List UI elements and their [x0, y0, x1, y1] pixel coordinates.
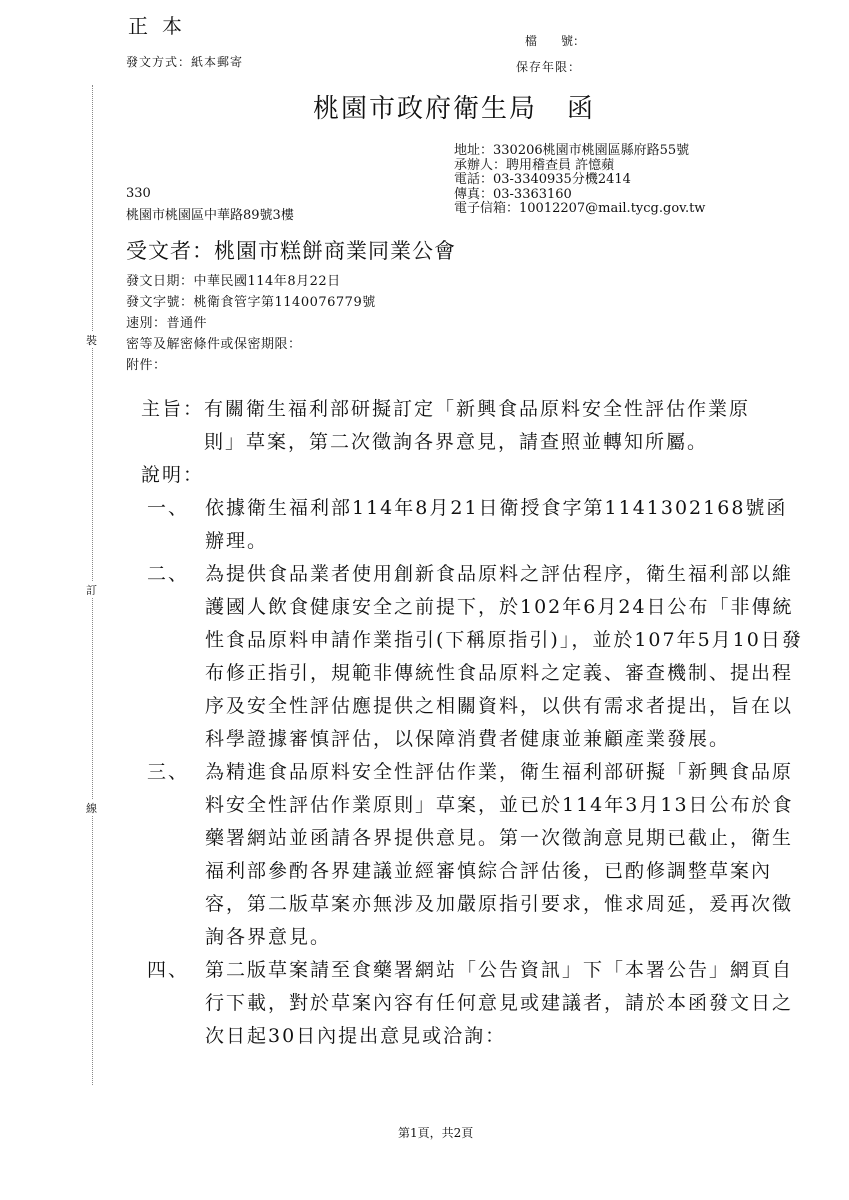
- copy-mark: 正本: [128, 10, 196, 39]
- org-address: 地址：330206桃園市桃園區縣府路55號: [454, 144, 705, 159]
- file-number-label: 檔 號：: [525, 32, 585, 49]
- explanation-item: 四、 第二版草案請至食藥署網站「公告資訊」下「本署公告」網頁自行下載，對於草案內…: [147, 954, 811, 1053]
- recipient-address: 桃園市桃園區中華路89號3樓: [126, 204, 294, 223]
- page-number: 第1頁，共2頁: [398, 1124, 473, 1141]
- item-text: 為提供食品業者使用創新食品原料之評估程序，衛生福利部以維護國人飲食健康安全之前提…: [205, 558, 803, 756]
- email: 電子信箱：10012207@mail.tycg.gov.tw: [454, 202, 705, 217]
- document-number: 發文字號：桃衛食管字第1140076779號: [126, 292, 376, 313]
- recipient-name: 受文者：桃園市糕餅商業同業公會: [126, 235, 456, 265]
- document-title: 桃園市政府衛生局函: [313, 88, 595, 125]
- document-type: 函: [567, 94, 595, 124]
- binding-mark-line: 線: [86, 800, 97, 816]
- item-text: 第二版草案請至食藥署網站「公告資訊」下「本署公告」網頁自行下載，對於草案內容有任…: [205, 954, 803, 1053]
- send-method: 發文方式：紙本郵寄: [126, 53, 243, 70]
- retention-period-label: 保存年限：: [516, 58, 581, 75]
- subject-label: 主旨：: [141, 393, 204, 459]
- binding-mark-staple: 訂: [86, 582, 97, 598]
- item-text: 為精進食品原料安全性評估作業，衛生福利部研擬「新興食品原料安全性評估作業原則」草…: [205, 756, 803, 954]
- org-contact-info: 地址：330206桃園市桃園區縣府路55號 承辦人：聘用稽查員 許憶蘋 電話：0…: [454, 144, 705, 217]
- speed-class: 速別：普通件: [126, 313, 376, 334]
- document-meta: 發文日期：中華民國114年8月22日 發文字號：桃衛食管字第1140076779…: [126, 271, 376, 376]
- document-body: 主旨： 有關衛生福利部研擬訂定「新興食品原料安全性評估作業原則」草案，第二次徵詢…: [141, 393, 811, 1053]
- item-number: 二、: [147, 558, 205, 756]
- explanation-item: 三、 為精進食品原料安全性評估作業，衛生福利部研擬「新興食品原料安全性評估作業原…: [147, 756, 811, 954]
- issue-date: 發文日期：中華民國114年8月22日: [126, 271, 376, 292]
- binding-mark-bind: 裝: [86, 332, 97, 348]
- item-number: 四、: [147, 954, 205, 1053]
- item-number: 一、: [147, 492, 205, 558]
- item-text: 依據衛生福利部114年8月21日衛授食字第1141302168號函辦理。: [205, 492, 803, 558]
- subject-text: 有關衛生福利部研擬訂定「新興食品原料安全性評估作業原則」草案，第二次徵詢各界意見…: [204, 393, 764, 459]
- explanation-item: 二、 為提供食品業者使用創新食品原料之評估程序，衛生福利部以維護國人飲食健康安全…: [147, 558, 811, 756]
- fax: 傳真：03-3363160: [454, 188, 705, 203]
- explanation-item: 一、 依據衛生福利部114年8月21日衛授食字第1141302168號函辦理。: [147, 492, 811, 558]
- item-number: 三、: [147, 756, 205, 954]
- secrecy-level: 密等及解密條件或保密期限：: [126, 334, 376, 355]
- issuing-org: 桃園市政府衛生局: [313, 94, 537, 124]
- handler: 承辦人：聘用稽查員 許憶蘋: [454, 159, 705, 174]
- phone: 電話：03-3340935分機2414: [454, 173, 705, 188]
- recipient-zip: 330: [126, 186, 151, 201]
- attachment: 附件：: [126, 355, 376, 376]
- explanation-label: 說明：: [141, 459, 811, 492]
- subject-section: 主旨： 有關衛生福利部研擬訂定「新興食品原料安全性評估作業原則」草案，第二次徵詢…: [141, 393, 811, 459]
